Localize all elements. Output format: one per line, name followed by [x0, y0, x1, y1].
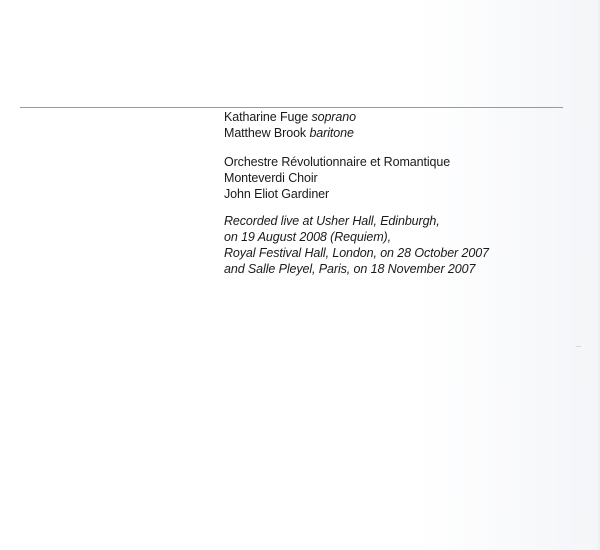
recording-note-line: on 19 August 2008 (Requiem),	[224, 229, 489, 245]
recording-note-line: Recorded live at Usher Hall, Edinburgh,	[224, 213, 489, 229]
performer-line: Matthew Brook baritone	[224, 125, 356, 141]
ensembles-list: Orchestre Révolutionnaire et Romantique …	[224, 154, 450, 202]
ensemble-orchestra: Orchestre Révolutionnaire et Romantique	[224, 154, 450, 170]
conductor: John Eliot Gardiner	[224, 186, 450, 202]
horizontal-rule	[20, 107, 563, 108]
performer-role: baritone	[309, 126, 353, 140]
ensemble-choir: Monteverdi Choir	[224, 170, 450, 186]
recording-note-line: and Salle Pleyel, Paris, on 18 November …	[224, 261, 489, 277]
recording-note-line: Royal Festival Hall, London, on 28 Octob…	[224, 245, 489, 261]
performers-list: Katharine Fuge soprano Matthew Brook bar…	[224, 109, 356, 141]
recording-notes: Recorded live at Usher Hall, Edinburgh, …	[224, 213, 489, 277]
performer-line: Katharine Fuge soprano	[224, 109, 356, 125]
performer-role: soprano	[311, 110, 355, 124]
margin-mark	[576, 346, 581, 347]
performer-name: Katharine Fuge	[224, 110, 308, 124]
performer-name: Matthew Brook	[224, 126, 306, 140]
